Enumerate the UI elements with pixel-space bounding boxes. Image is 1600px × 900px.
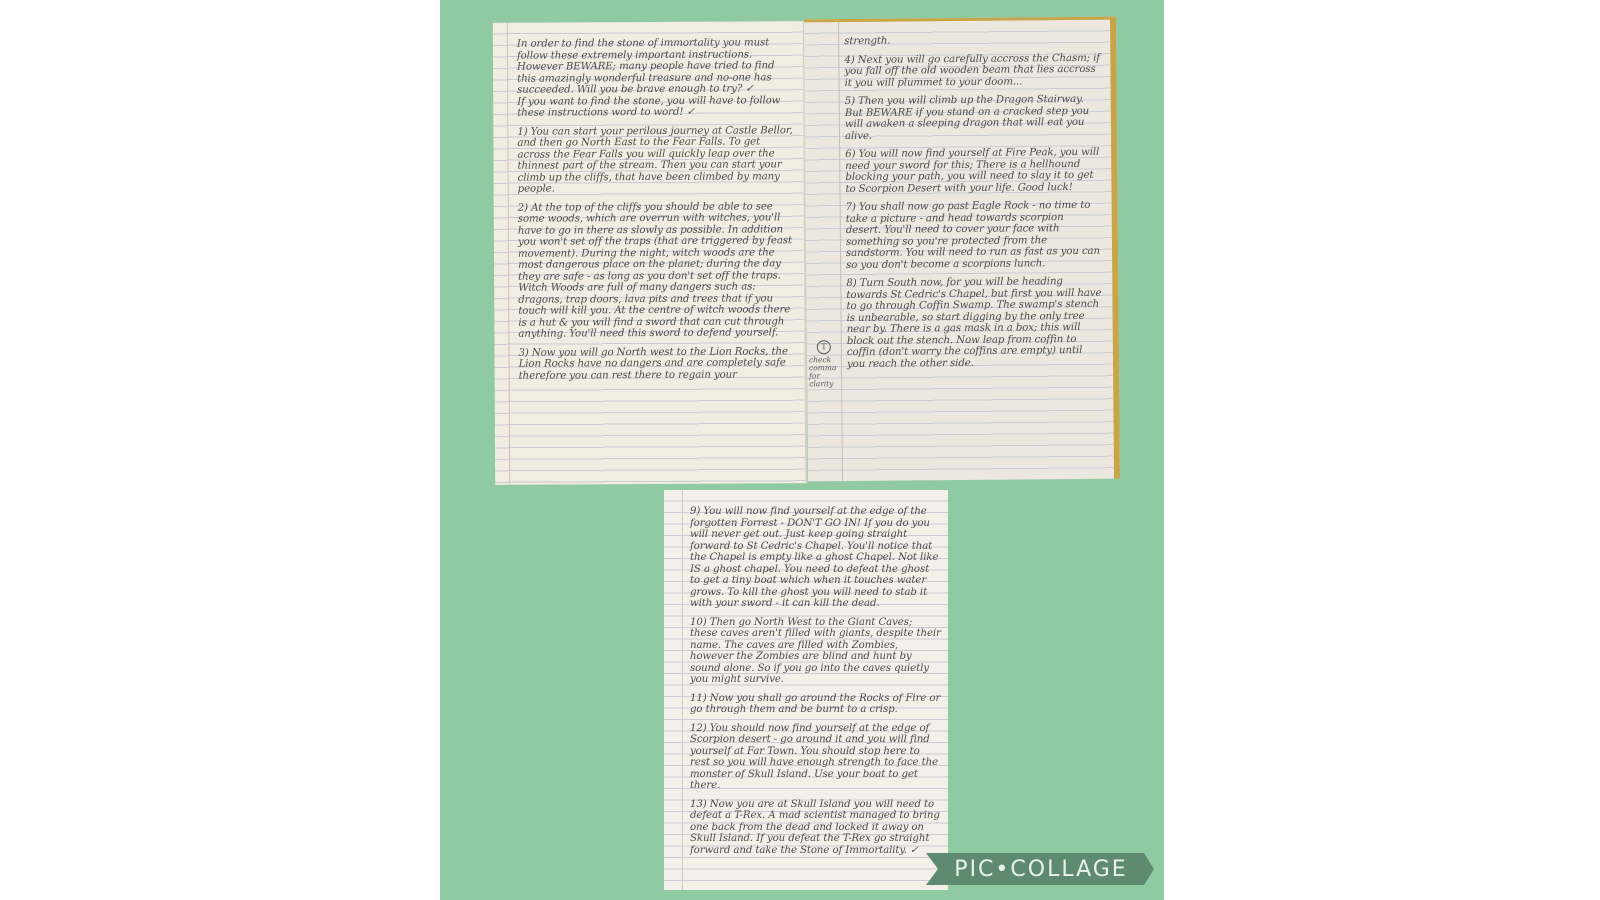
teacher-note-text: check comma for clarity [809, 355, 837, 388]
step-3: 3) Now you will go North west to the Lio… [518, 346, 796, 382]
step-9: 9) You will now find yourself at the edg… [690, 506, 942, 610]
intro-paragraph: In order to find the stone of immortalit… [517, 37, 795, 119]
step-2: 2) At the top of the cliffs you should b… [518, 201, 797, 340]
step-12: 12) You should now find yourself at the … [690, 723, 942, 792]
step-3-continuation: strength. [844, 34, 1100, 48]
step-5: 5) Then you will climb up the Dragon Sta… [845, 94, 1101, 142]
step-13: 13) Now you are at Skull Island you will… [690, 799, 942, 857]
margin-line [838, 22, 843, 481]
step-1: 1) You can start your perilous journey a… [517, 125, 795, 195]
step-4: 4) Next you will go carefully accross th… [844, 52, 1100, 89]
step-11: 11) Now you shall go around the Rocks of… [690, 693, 942, 716]
step-6: 6) You will now find yourself at Fire Pe… [845, 147, 1101, 195]
margin-line [682, 490, 683, 890]
notebook-page-right: T check comma for clarity strength. 4) N… [804, 17, 1120, 482]
step-10: 10) Then go North West to the Giant Cave… [690, 617, 942, 686]
step-8: 8) Turn South now, for you will be headi… [846, 276, 1103, 370]
step-7: 7) You shall now go past Eagle Rock - no… [846, 200, 1103, 271]
notebook-page-left: In order to find the stone of immortalit… [493, 21, 807, 485]
pic-collage-watermark: PIC•COLLAGE [938, 853, 1144, 885]
margin-line [507, 23, 510, 485]
notebook-page-bottom: 9) You will now find yourself at the edg… [664, 490, 948, 890]
teacher-mark-icon: T [817, 340, 831, 354]
teacher-note: T check comma for clarity [809, 340, 841, 388]
collage-background: In order to find the stone of immortalit… [440, 0, 1164, 900]
